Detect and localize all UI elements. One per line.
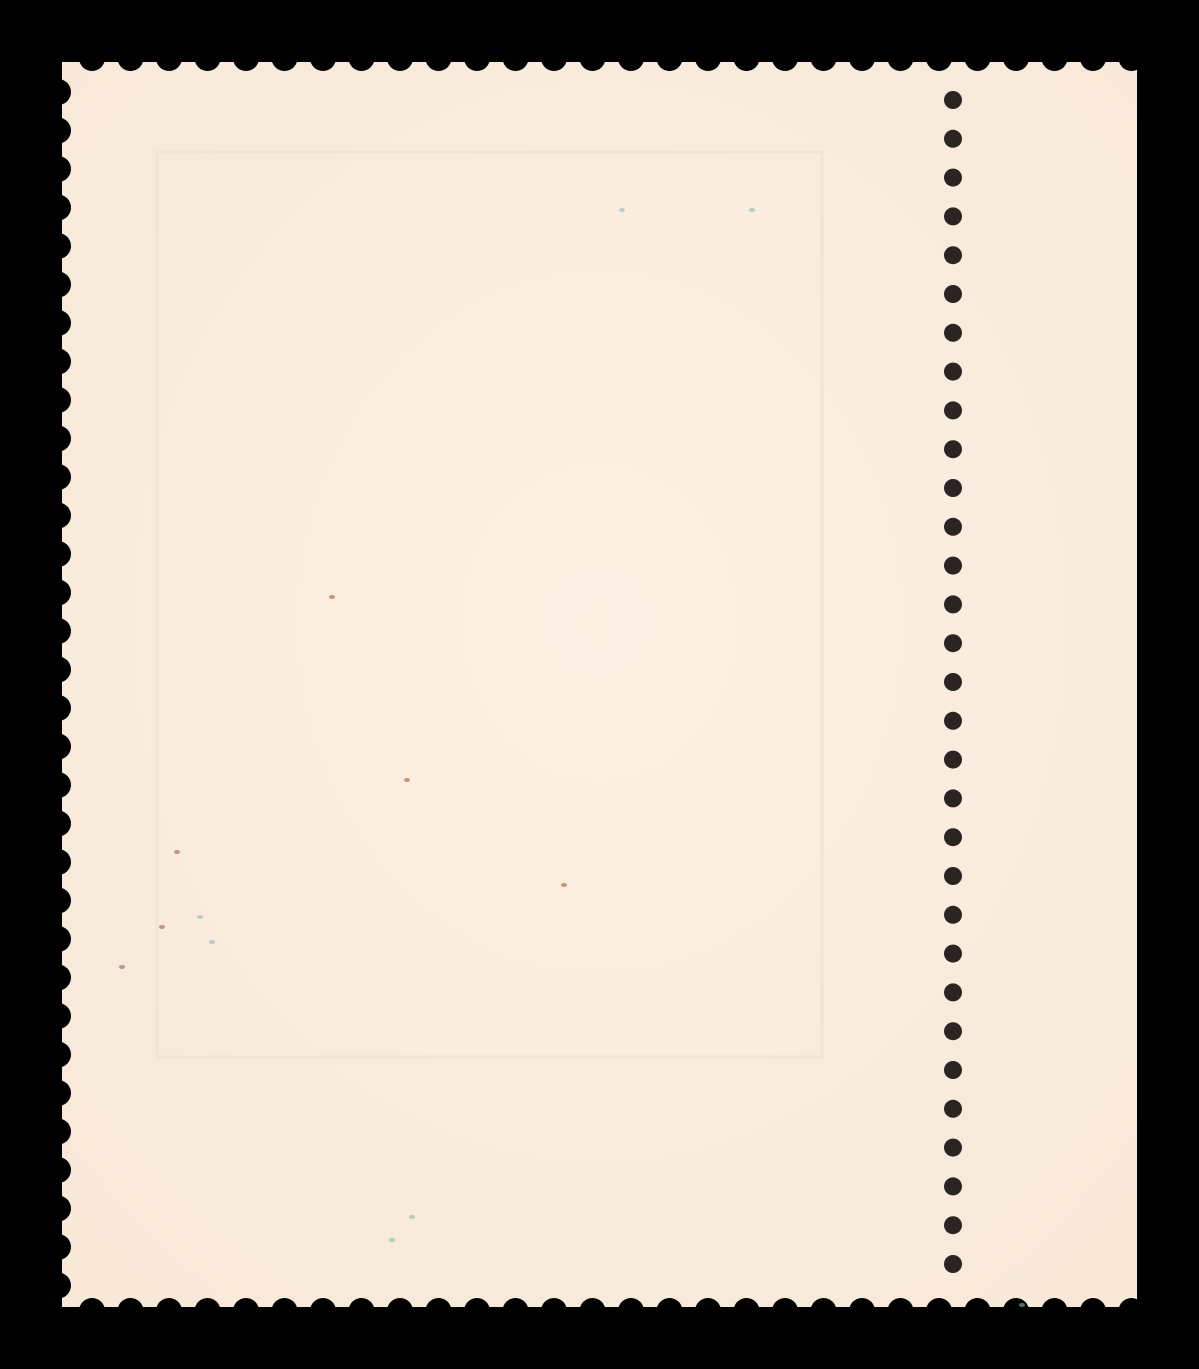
margin-hole — [944, 983, 962, 1001]
margin-hole — [944, 1255, 962, 1273]
margin-hole — [944, 906, 962, 924]
margin-hole — [944, 518, 962, 536]
margin-hole — [944, 285, 962, 303]
margin-hole — [944, 130, 962, 148]
margin-hole — [944, 557, 962, 575]
margin-hole — [944, 1100, 962, 1118]
margin-hole — [944, 169, 962, 187]
margin-hole — [944, 401, 962, 419]
margin-hole — [944, 595, 962, 613]
margin-hole — [944, 363, 962, 381]
margin-hole — [944, 1177, 962, 1195]
margin-hole — [944, 1139, 962, 1157]
margin-hole — [944, 673, 962, 691]
paper-surface — [62, 62, 1137, 1307]
margin-hole — [944, 1022, 962, 1040]
margin-hole — [944, 1216, 962, 1234]
margin-hole — [944, 1061, 962, 1079]
margin-hole — [944, 789, 962, 807]
margin-hole — [944, 867, 962, 885]
margin-hole — [944, 246, 962, 264]
margin-hole — [944, 828, 962, 846]
margin-hole — [944, 634, 962, 652]
stamp-paper-graphic — [62, 62, 1137, 1307]
stamp-back: Reverse side of a postage stamp with she… — [62, 62, 1137, 1307]
photo-stage: Reverse side of a postage stamp with she… — [0, 0, 1199, 1369]
margin-hole — [944, 440, 962, 458]
margin-hole — [944, 91, 962, 109]
margin-hole — [944, 479, 962, 497]
margin-hole — [944, 324, 962, 342]
margin-hole — [944, 945, 962, 963]
margin-hole — [944, 712, 962, 730]
margin-hole — [944, 751, 962, 769]
margin-hole — [944, 207, 962, 225]
